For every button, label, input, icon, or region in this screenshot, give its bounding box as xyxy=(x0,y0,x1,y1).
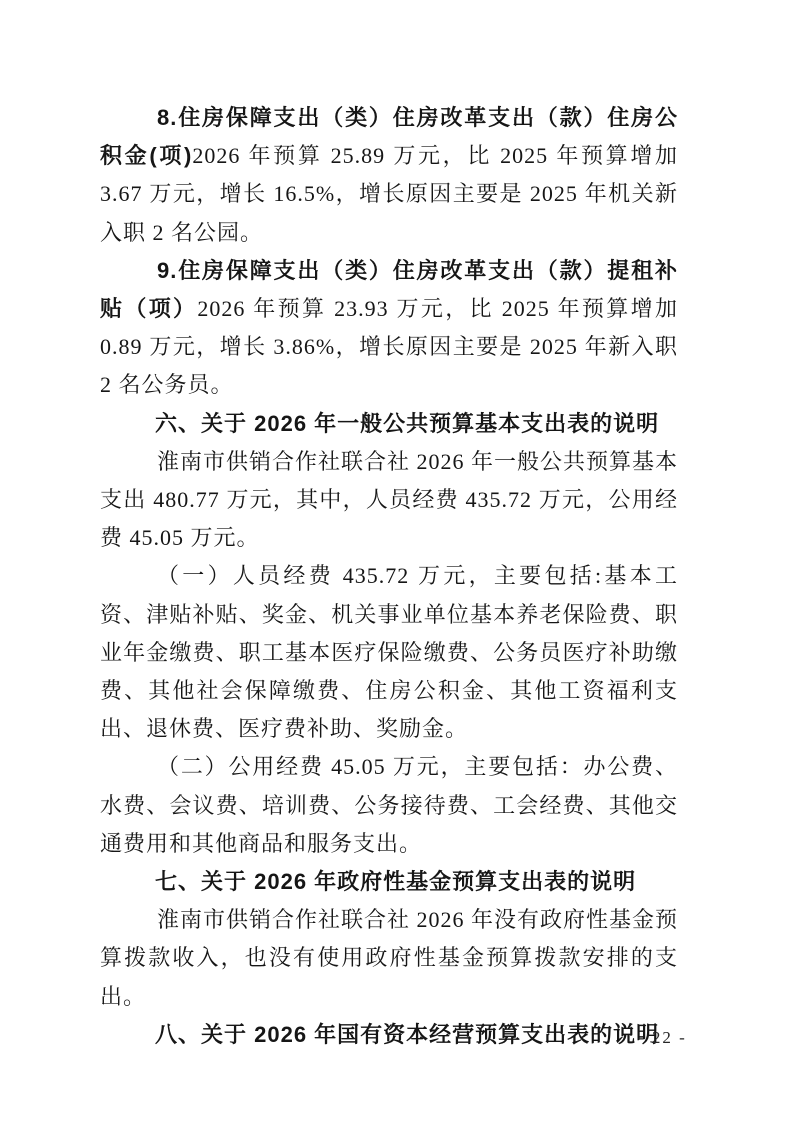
clause-8-housing-provident-fund: 8.住房保障支出（类）住房改革支出（款）住房公积金(项)2026 年预算 25.… xyxy=(100,99,678,252)
document-body: 8.住房保障支出（类）住房改革支出（款）住房公积金(项)2026 年预算 25.… xyxy=(100,99,678,1054)
paragraph-government-fund-budget-text: 淮南市供销合作社联合社 2026 年没有政府性基金预算拨款收入，也没有使用政府性… xyxy=(100,907,678,1008)
paragraph-basic-expenditure-total-text: 淮南市供销合作社联合社 2026 年一般公共预算基本支出 480.77 万元，其… xyxy=(100,449,678,550)
paragraph-government-fund-budget: 淮南市供销合作社联合社 2026 年没有政府性基金预算拨款收入，也没有使用政府性… xyxy=(100,901,678,1016)
section-heading-eight: 八、关于 2026 年国有资本经营预算支出表的说明 xyxy=(100,1016,678,1054)
section-heading-seven: 七、关于 2026 年政府性基金预算支出表的说明 xyxy=(100,863,678,901)
paragraph-personnel-funds: （一）人员经费 435.72 万元，主要包括:基本工资、津贴补贴、奖金、机关事业… xyxy=(100,557,678,748)
section-heading-eight-text: 八、关于 2026 年国有资本经营预算支出表的说明 xyxy=(155,1022,659,1047)
paragraph-personnel-funds-text: （一）人员经费 435.72 万元，主要包括:基本工资、津贴补贴、奖金、机关事业… xyxy=(100,563,678,741)
section-heading-six-text: 六、关于 2026 年一般公共预算基本支出表的说明 xyxy=(155,411,659,436)
paragraph-public-funds-text: （二）公用经费 45.05 万元，主要包括：办公费、水费、会议费、培训费、公务接… xyxy=(100,754,678,855)
section-heading-six: 六、关于 2026 年一般公共预算基本支出表的说明 xyxy=(100,405,678,443)
document-page: 8.住房保障支出（类）住房改革支出（款）住房公积金(项)2026 年预算 25.… xyxy=(0,0,793,1122)
paragraph-basic-expenditure-total: 淮南市供销合作社联合社 2026 年一般公共预算基本支出 480.77 万元，其… xyxy=(100,443,678,558)
page-number: - 22 - xyxy=(638,1027,687,1049)
section-heading-seven-text: 七、关于 2026 年政府性基金预算支出表的说明 xyxy=(155,869,636,894)
paragraph-public-funds: （二）公用经费 45.05 万元，主要包括：办公费、水费、会议费、培训费、公务接… xyxy=(100,748,678,863)
clause-9-rent-subsidy: 9.住房保障支出（类）住房改革支出（款）提租补贴（项）2026 年预算 23.9… xyxy=(100,252,678,405)
